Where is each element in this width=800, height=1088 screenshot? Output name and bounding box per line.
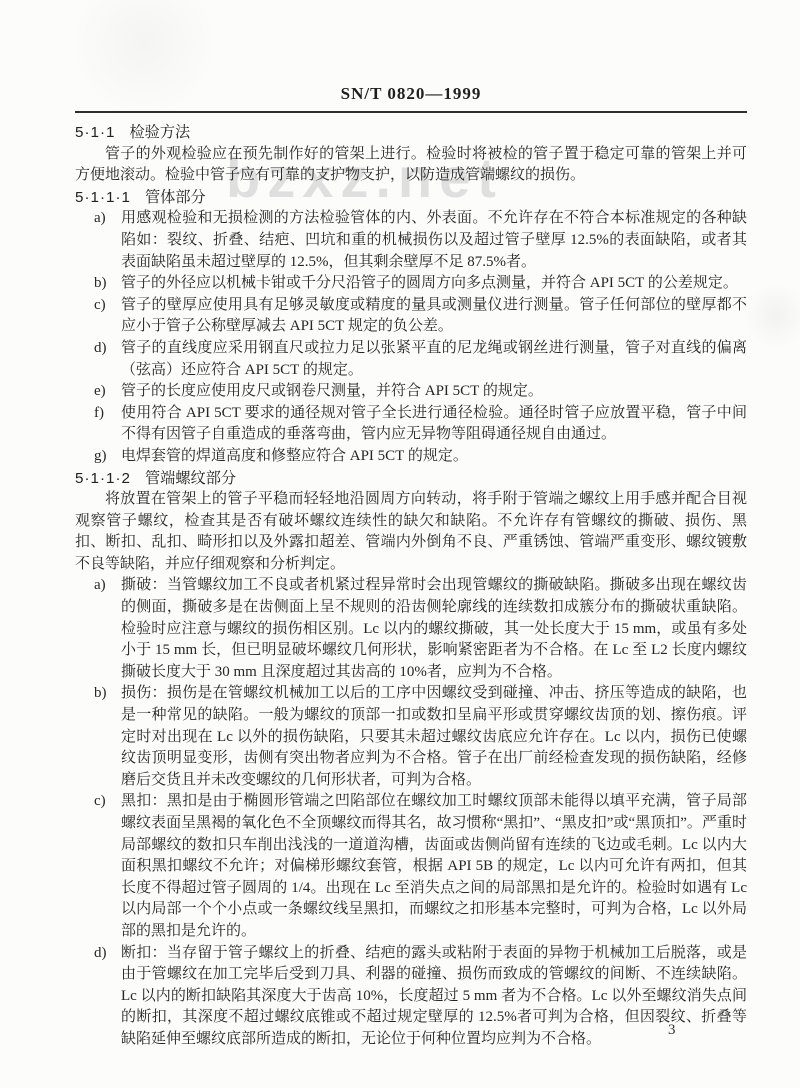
list-item-label: b)	[94, 683, 120, 705]
list-item-text: 管子的直线度应采用钢直尺或拉力足以张紧平直的尼龙绳或钢丝进行测量，管子对直线的偏…	[121, 340, 747, 378]
list-item-label: c)	[94, 791, 120, 813]
clause-title: 检验方法	[129, 124, 190, 141]
document-body: 5·1·1检验方法 管子的外观检验应在预先制作好的管架上进行。检验时将被检的管子…	[75, 122, 747, 1051]
list-item-text: 使用符合 API 5CT 要求的通径规对管子全长进行通径检验。通径时管子应放置平…	[121, 405, 747, 443]
clause-heading-5-1-1-2: 5·1·1·2管端螺纹部分	[75, 468, 747, 490]
clause-number: 5·1·1·2	[75, 468, 131, 490]
clause-title: 管体部分	[145, 189, 206, 206]
list-item-b: b)管子的外径应以机械卡钳或千分尺沿管子的圆周方向多点测量，并符合 API 5C…	[75, 273, 747, 295]
list-item-label: c)	[94, 295, 120, 317]
list-item-a: a)撕破：当管螺纹加工不良或者机紧过程异常时会出现管螺纹的撕破缺陷。撕破多出现在…	[75, 575, 747, 683]
list-item-label: d)	[94, 943, 120, 965]
page-number: 3	[668, 1022, 676, 1039]
list-item-f: f)使用符合 API 5CT 要求的通径规对管子全长进行通径检验。通径时管子应放…	[75, 403, 747, 446]
list-item-c: c)黑扣：黑扣是由于椭圆形管端之凹陷部位在螺纹加工时螺纹顶部未能得以填平充满，管…	[75, 791, 747, 942]
list-item-text: 撕破：当管螺纹加工不良或者机紧过程异常时会出现管螺纹的撕破缺陷。撕破多出现在螺纹…	[121, 577, 747, 679]
list-item-label: e)	[94, 381, 120, 403]
list-item-text: 用感观检验和无损检测的方法检验管体的内、外表面。不允许存在不符合本标准规定的各种…	[121, 210, 747, 269]
list-item-text: 断扣：当存留于管子螺纹上的折叠、结疤的露头或粘附于表面的异物于机械加工后脱落，或…	[121, 945, 747, 1047]
clause-5-1-1-2-paragraph: 将放置在管架上的管子平稳而轻轻地沿圆周方向转动，将手附于管端之螺纹上用手感并配合…	[75, 489, 747, 575]
list-item-d: d)管子的直线度应采用钢直尺或拉力足以张紧平直的尼龙绳或钢丝进行测量，管子对直线…	[75, 338, 747, 381]
clause-title: 管端螺纹部分	[145, 470, 236, 487]
list-item-label: d)	[94, 338, 120, 360]
list-item-label: f)	[94, 403, 120, 425]
list-item-e: e)管子的长度应使用皮尺或钢卷尺测量，并符合 API 5CT 的规定。	[75, 381, 747, 403]
list-item-label: g)	[94, 446, 120, 468]
list-item-g: g)电焊套管的焊道高度和修整应符合 API 5CT 的规定。	[75, 446, 747, 468]
list-item-label: b)	[94, 273, 120, 295]
list-item-c: c)管子的壁厚应使用具有足够灵敏度或精度的量具或测量仪进行测量。管子任何部位的壁…	[75, 295, 747, 338]
header-rule	[75, 111, 747, 113]
clause-5-1-1-paragraph: 管子的外观检验应在预先制作好的管架上进行。检验时将被检的管子置于稳定可靠的管架上…	[75, 144, 747, 187]
list-item-label: a)	[94, 208, 120, 230]
list-item-text: 管子的壁厚应使用具有足够灵敏度或精度的量具或测量仪进行测量。管子任何部位的壁厚都…	[121, 297, 747, 335]
list-item-text: 损伤：损伤是在管螺纹机械加工以后的工序中因螺纹受到碰撞、冲击、挤压等造成的缺陷，…	[121, 685, 747, 787]
scanned-page-background: bzxz.net SN/T 0820—1999 5·1·1检验方法 管子的外观检…	[0, 0, 800, 1088]
clause-number: 5·1·1	[75, 122, 115, 144]
list-item-text: 黑扣：黑扣是由于椭圆形管端之凹陷部位在螺纹加工时螺纹顶部未能得以填平充满，管子局…	[121, 793, 747, 939]
list-item-b: b)损伤：损伤是在管螺纹机械加工以后的工序中因螺纹受到碰撞、冲击、挤压等造成的缺…	[75, 683, 747, 791]
clause-heading-5-1-1: 5·1·1检验方法	[75, 122, 747, 144]
list-item-text: 管子的外径应以机械卡钳或千分尺沿管子的圆周方向多点测量，并符合 API 5CT …	[121, 275, 738, 291]
standard-code-header: SN/T 0820—1999	[75, 84, 747, 104]
list-item-d: d)断扣：当存留于管子螺纹上的折叠、结疤的露头或粘附于表面的异物于机械加工后脱落…	[75, 943, 747, 1051]
list-item-text: 电焊套管的焊道高度和修整应符合 API 5CT 的规定。	[121, 448, 468, 464]
list-item-a: a)用感观检验和无损检测的方法检验管体的内、外表面。不允许存在不符合本标准规定的…	[75, 208, 747, 273]
list-item-text: 管子的长度应使用皮尺或钢卷尺测量，并符合 API 5CT 的规定。	[121, 383, 543, 399]
clause-heading-5-1-1-1: 5·1·1·1管体部分	[75, 187, 747, 209]
list-item-label: a)	[94, 575, 120, 597]
clause-number: 5·1·1·1	[75, 187, 131, 209]
document-content: SN/T 0820—1999 5·1·1检验方法 管子的外观检验应在预先制作好的…	[75, 84, 747, 1051]
